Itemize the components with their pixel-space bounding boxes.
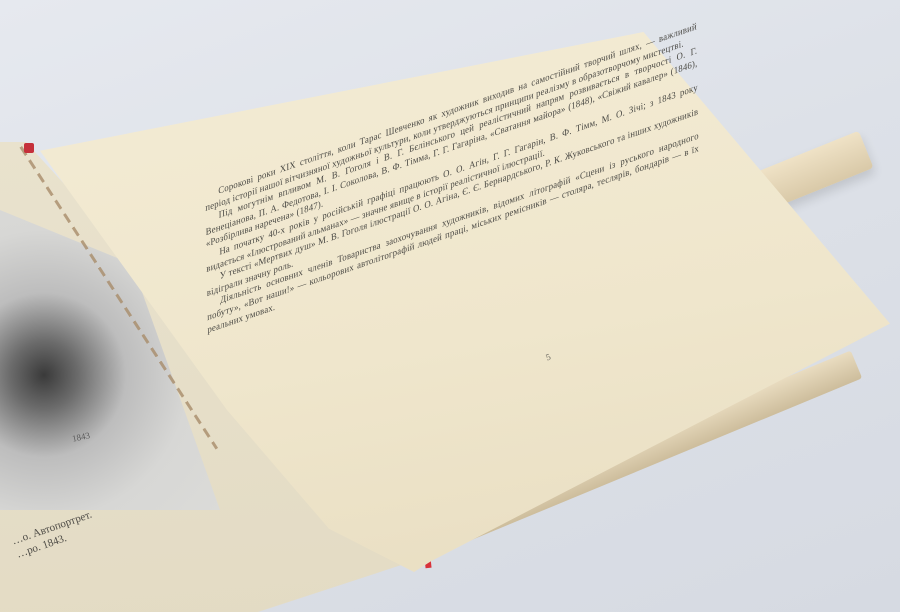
- binding-thread-red: [24, 143, 34, 153]
- photo-scene: 1843 Сорокові роки XIX століття, коли Та…: [0, 0, 900, 612]
